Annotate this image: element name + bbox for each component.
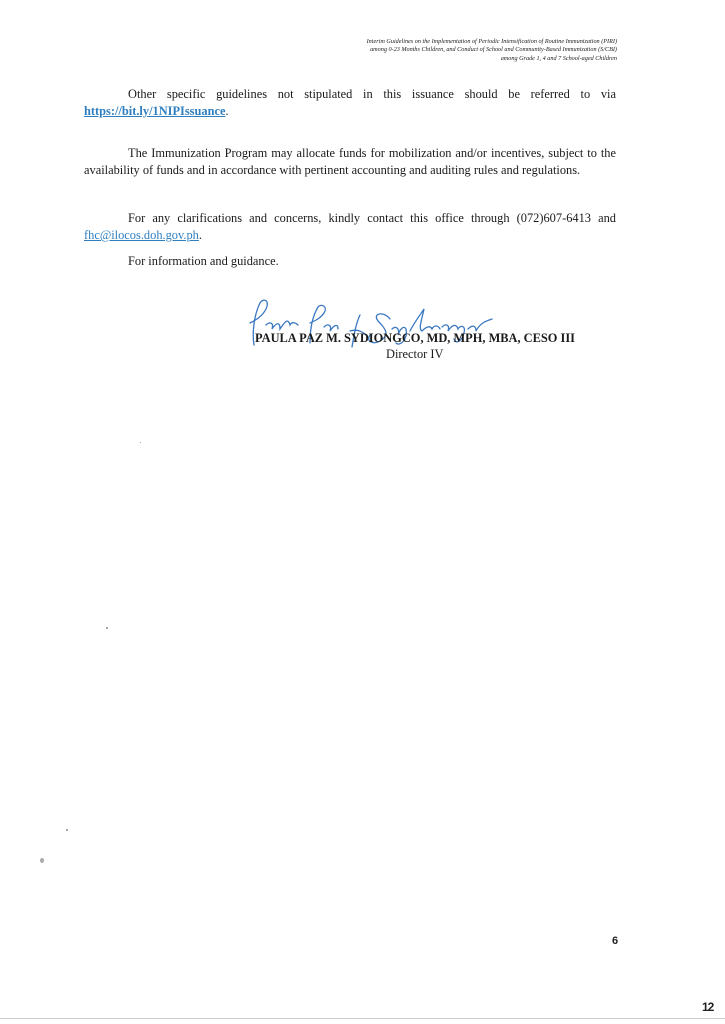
document-page: Interim Guidelines on the Implementation… (0, 0, 725, 1024)
running-header: Interim Guidelines on the Implementation… (257, 38, 617, 63)
signatory-title: Director IV (386, 347, 443, 362)
handwritten-page-mark: 12 (702, 1000, 713, 1014)
header-line-2: among 0-23 Months Children, and Conduct … (257, 46, 617, 54)
email-link[interactable]: fhc@ilocos.doh.gov.ph (84, 228, 199, 242)
paragraph-guidelines-reference: Other specific guidelines not stipulated… (84, 86, 616, 120)
scan-speck (66, 829, 68, 831)
page-number: 6 (612, 935, 618, 947)
scan-speck (106, 627, 108, 629)
punctuation: . (225, 104, 228, 118)
handwritten-signature-icon (240, 295, 510, 355)
punctuation: . (199, 228, 202, 242)
scan-speck (140, 442, 141, 443)
paragraph-contact: For any clarifications and concerns, kin… (84, 210, 616, 244)
paragraph-closing: For information and guidance. (84, 253, 616, 270)
scan-edge-divider (0, 1018, 725, 1019)
signature-block: PAULA PAZ M. SYDIONGCO, MD, MPH, MBA, CE… (240, 295, 630, 375)
header-line-3: among Grade 1, 4 and 7 School-aged Child… (257, 55, 617, 63)
paragraph-text: Other specific guidelines not stipulated… (128, 87, 616, 101)
paragraph-funding: The Immunization Program may allocate fu… (84, 145, 616, 179)
header-line-1: Interim Guidelines on the Implementation… (257, 38, 617, 46)
scan-speck (40, 858, 44, 863)
issuance-link[interactable]: https://bit.ly/1NIPIssuance (84, 104, 225, 118)
signatory-name: PAULA PAZ M. SYDIONGCO, MD, MPH, MBA, CE… (255, 331, 575, 346)
paragraph-text: For any clarifications and concerns, kin… (128, 211, 616, 225)
